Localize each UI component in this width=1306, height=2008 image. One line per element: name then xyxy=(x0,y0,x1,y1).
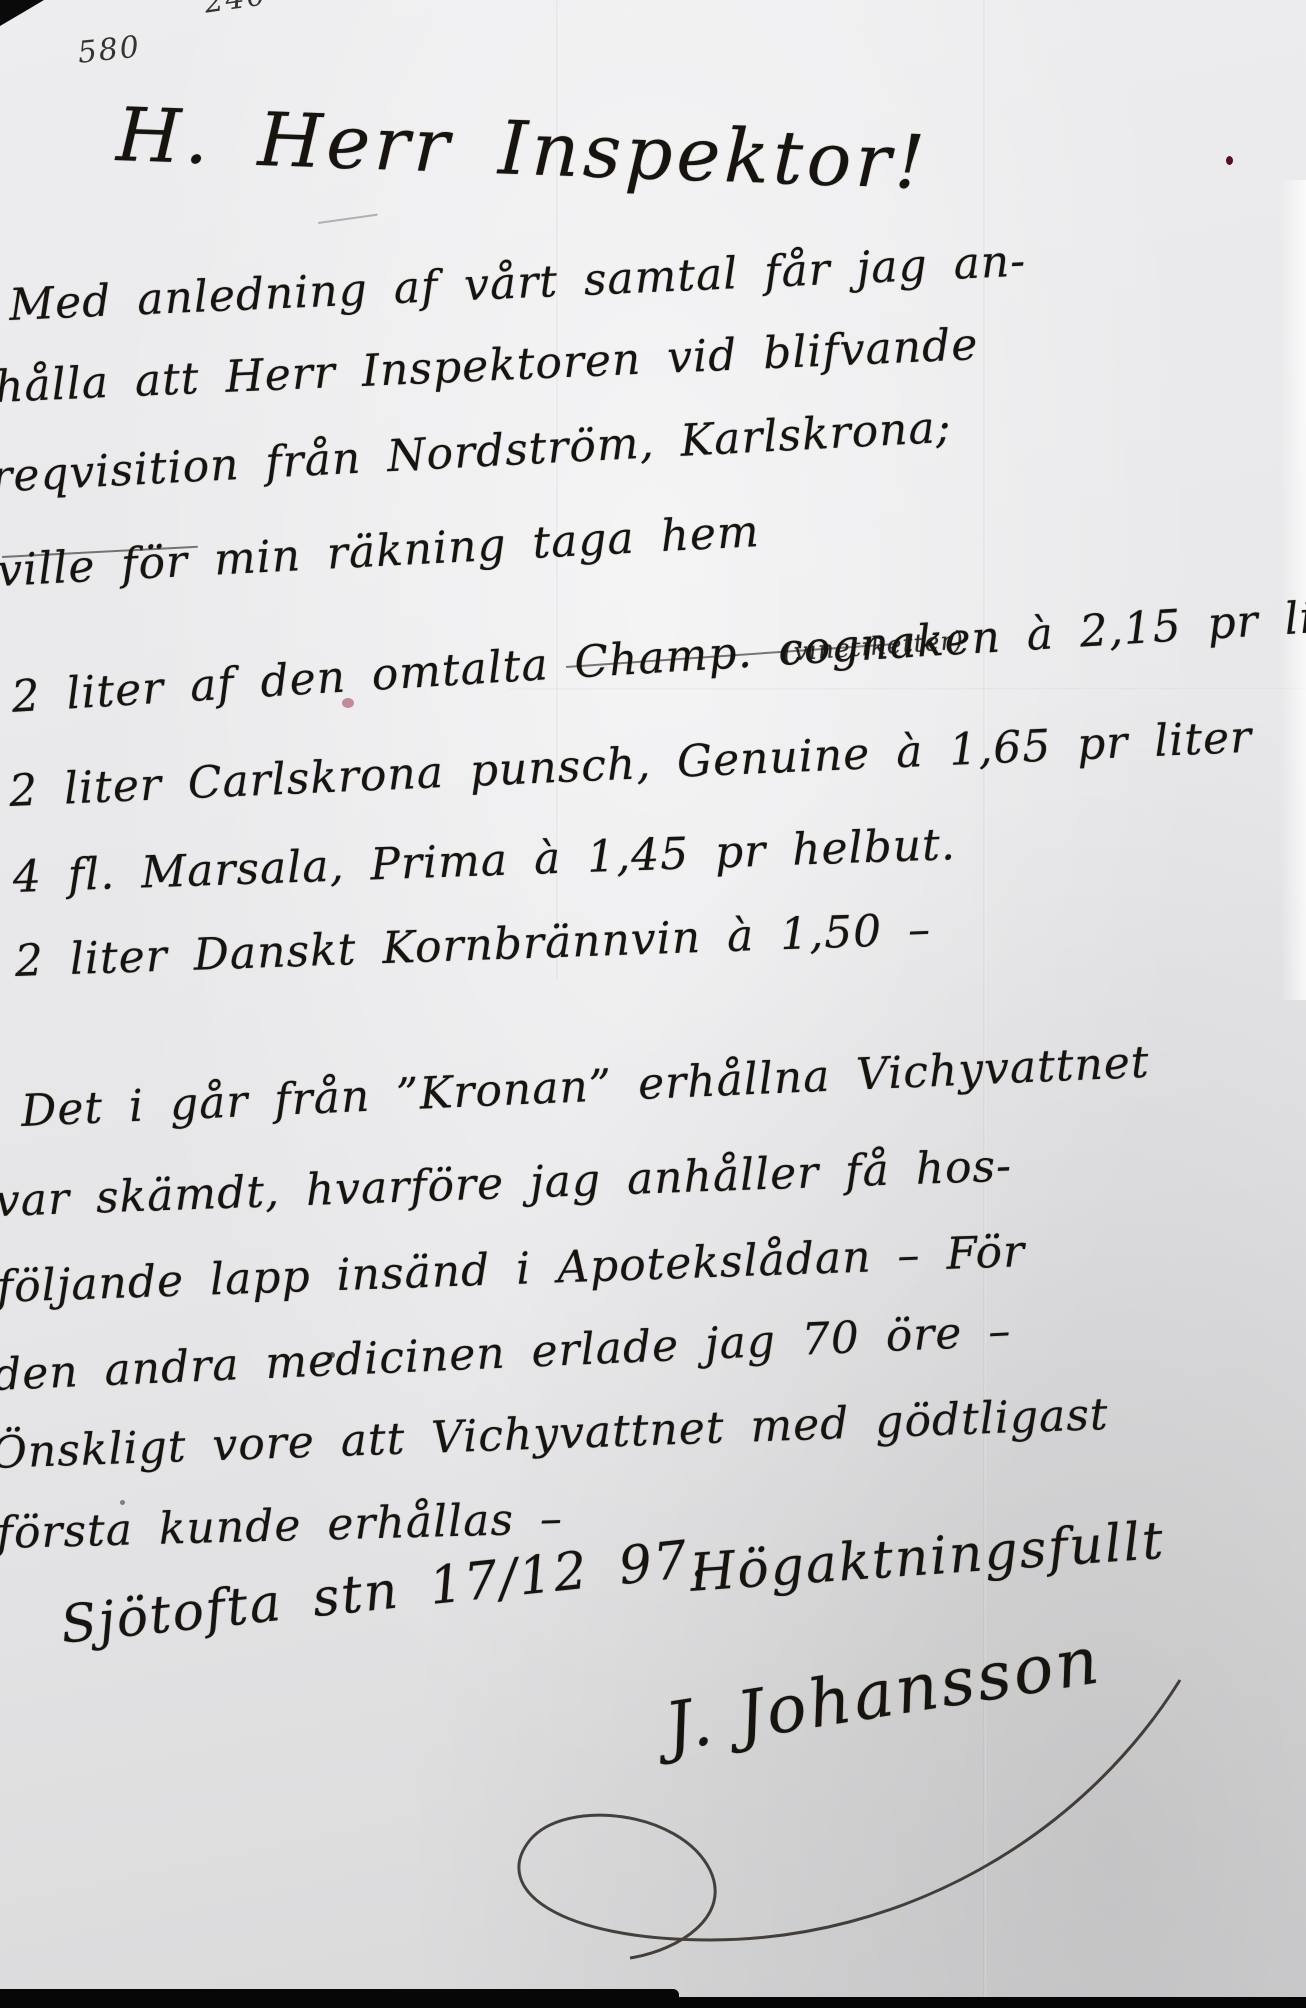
letter-line-p2-6: första kunde erhållas – xyxy=(0,1493,564,1559)
letter-line-p2-5: Önskligt vore att Vichyvattnet med gödtl… xyxy=(0,1389,1109,1479)
salutation: H. Herr Inspektor! xyxy=(115,92,930,206)
letter-line-p1-1: Med anledning af vårt samtal får jag an- xyxy=(8,236,1027,331)
letter-line-p2-2: var skämdt, hvarföre jag anhåller få hos… xyxy=(0,1140,1013,1226)
photo-border-bottom-left xyxy=(0,1989,679,2008)
valediction: Högaktningsfullt xyxy=(688,1511,1167,1604)
archival-number-bottom: 580 xyxy=(76,29,143,70)
order-item-2: 2 liter Carlskrona punsch, Genuine à 1,6… xyxy=(8,712,1253,817)
letter-line-p2-4: den andra medicinen erlade jag 70 öre – xyxy=(0,1306,1012,1401)
order-item-4: 2 liter Danskt Kornbrännvin à 1,50 – xyxy=(14,904,932,987)
order-item-3: 4 fl. Marsala, Prima à 1,45 pr helbut. xyxy=(12,819,957,903)
order-item-1: 2 liter af den omtalta Champ. cognaken à… xyxy=(10,588,1306,723)
letter-page: 240 580 H. Herr Inspektor! Med anledning… xyxy=(0,0,1306,2008)
letter-line-p1-2: hålla att Herr Inspektoren vid blifvande xyxy=(0,319,979,413)
ink-speck xyxy=(1226,156,1233,165)
letter-line-p2-1: Det i går från ”Kronan” erhållna Vichyva… xyxy=(20,1037,1151,1137)
signature: J. Johansson xyxy=(660,1621,1106,1766)
scan-edge-highlight xyxy=(1280,180,1306,1000)
letter-line-p1-3: reqvisition från Nordström, Karlskrona; xyxy=(0,402,953,503)
archival-number-top: 240 xyxy=(202,0,270,21)
scan-corner-mark xyxy=(0,0,44,26)
letter-line-p2-3: följande lapp insänd i Apotekslådan – Fö… xyxy=(0,1226,1026,1313)
fold-crease-horizontal xyxy=(510,688,1306,691)
heading-flourish-stroke xyxy=(318,214,378,224)
